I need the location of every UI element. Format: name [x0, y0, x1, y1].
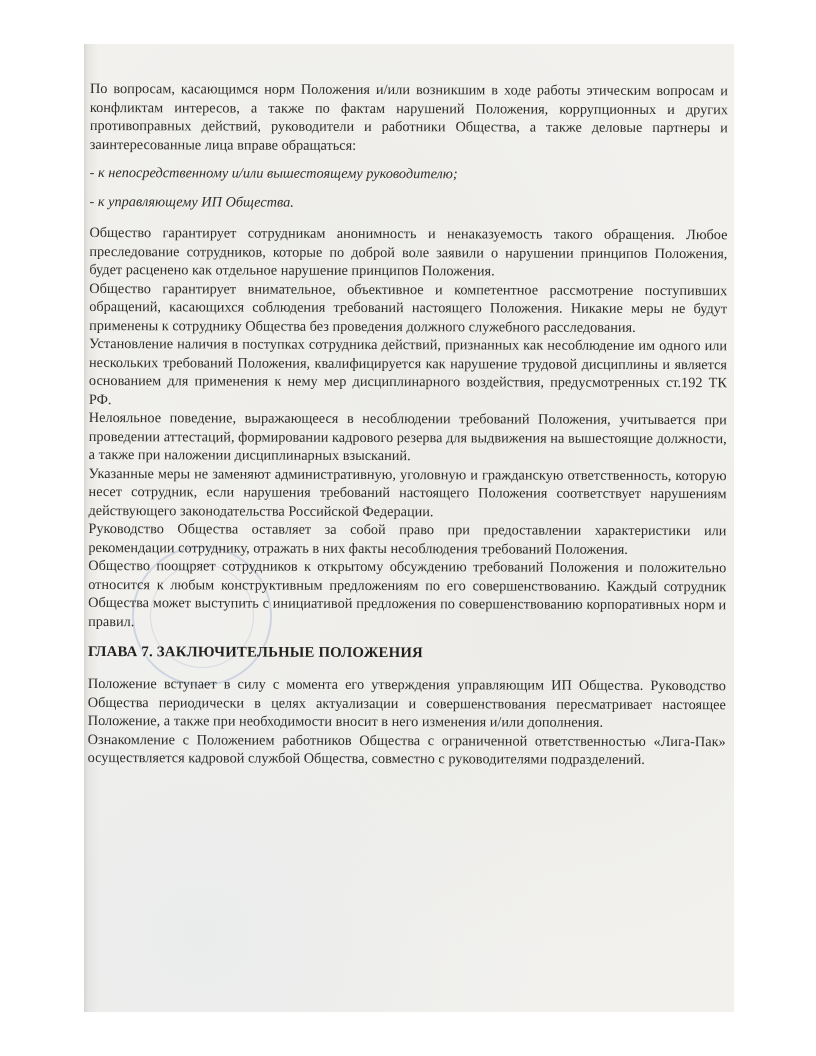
screenshot-viewport: По вопросам, касающимся норм Положения и… [0, 0, 816, 1056]
body-paragraph: Указанные меры не заменяют административ… [88, 464, 726, 522]
body-paragraph: Нелояльное поведение, выражающееся в нес… [89, 409, 727, 467]
body-paragraph: Общество гарантирует сотрудникам анонимн… [89, 224, 727, 282]
paragraph-intro: По вопросам, касающимся норм Положения и… [90, 80, 728, 156]
final-section-paragraph: Положение вступает в силу с момента его … [88, 675, 726, 733]
body-paragraph: Общество поощряет сотрудников к открытом… [88, 557, 726, 633]
appeal-option-item: - к непосредственному и/или вышестоящему… [90, 164, 728, 185]
body-paragraph: Руководство Общества оставляет за собой … [88, 520, 726, 559]
final-section-paragraph: Ознакомление с Положением работников Общ… [88, 730, 726, 769]
section-heading-chapter-7: ГЛАВА 7. ЗАКЛЮЧИТЕЛЬНЫЕ ПОЛОЖЕНИЯ [88, 643, 726, 664]
document-text-block: По вопросам, касающимся норм Положения и… [88, 80, 728, 770]
body-paragraph: Установление наличия в поступках сотрудн… [89, 335, 727, 411]
scanned-paper-page: По вопросам, касающимся норм Положения и… [84, 44, 734, 1012]
appeal-option-item: - к управляющему ИП Общества. [90, 192, 728, 213]
body-paragraph: Общество гарантирует внимательное, объек… [89, 279, 727, 337]
